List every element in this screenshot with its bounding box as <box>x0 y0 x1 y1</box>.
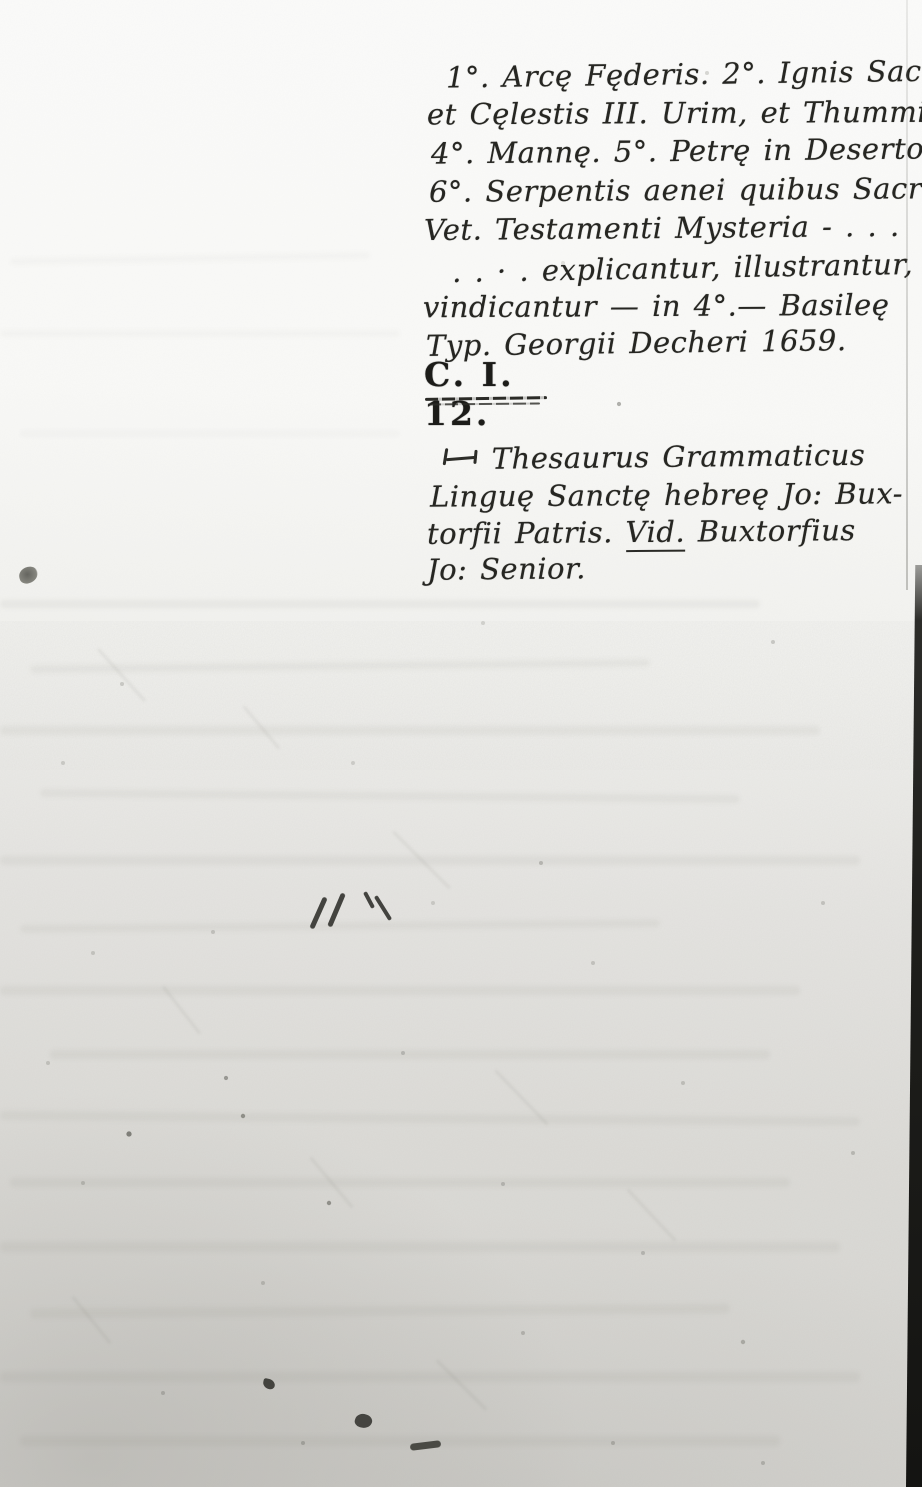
manuscript-page: 1°. Arcę Fęderis. 2°. Ignis Sacri, et Cę… <box>0 0 922 1487</box>
ink-blot <box>353 1412 373 1431</box>
paper-speckles <box>0 0 2 2</box>
entry1-line: 6°. Serpentis aenei quibus Sacrę <box>429 171 922 209</box>
entry2-line: Thesaurus Grammaticus <box>443 438 866 476</box>
ink-tick <box>374 895 392 921</box>
ink-slash <box>327 892 346 927</box>
entry2-line-text: Thesaurus Grammaticus <box>492 438 866 476</box>
entry1-line: 4°. Mannę. 5°. Petrę in Deserto. <box>431 131 922 170</box>
page-fold-line <box>906 0 908 590</box>
shelfmark: C. I. 12. <box>424 355 574 411</box>
ink-tick <box>363 891 375 909</box>
paragraph-mark <box>443 447 479 469</box>
vid-reference: Vid. <box>625 515 685 553</box>
entry2-line-text: torfii Patris. <box>427 515 626 551</box>
entry2-line: Jo: Senior. <box>427 551 586 586</box>
ink-fleck <box>262 1378 276 1390</box>
entry1-line: . . · . explicantur, illustrantur, <box>452 247 914 289</box>
entry2-line-text: Buxtorfius <box>685 513 856 548</box>
entry2-line: torfii Patris. Vid. Buxtorfius <box>427 513 856 551</box>
entry1-line: vindicantur — in 4°.— Basileę <box>423 288 890 324</box>
ink-blot <box>17 565 39 585</box>
scan-edge-shadow <box>906 565 922 1487</box>
ink-dash <box>410 1440 442 1451</box>
entry1-line: 1°. Arcę Fęderis. 2°. Ignis Sacri, <box>446 53 922 94</box>
entry1-line: et Cęlestis III. Urim, et Thummim. <box>427 95 922 132</box>
ink-slash <box>309 896 327 929</box>
shelfmark-text: C. I. 12. <box>424 355 515 433</box>
entry1-line: Vet. Testamenti Mysteria - . . . <box>424 209 900 247</box>
entry2-line: Linguę Sanctę hebreę Jo: Bux- <box>430 476 903 513</box>
